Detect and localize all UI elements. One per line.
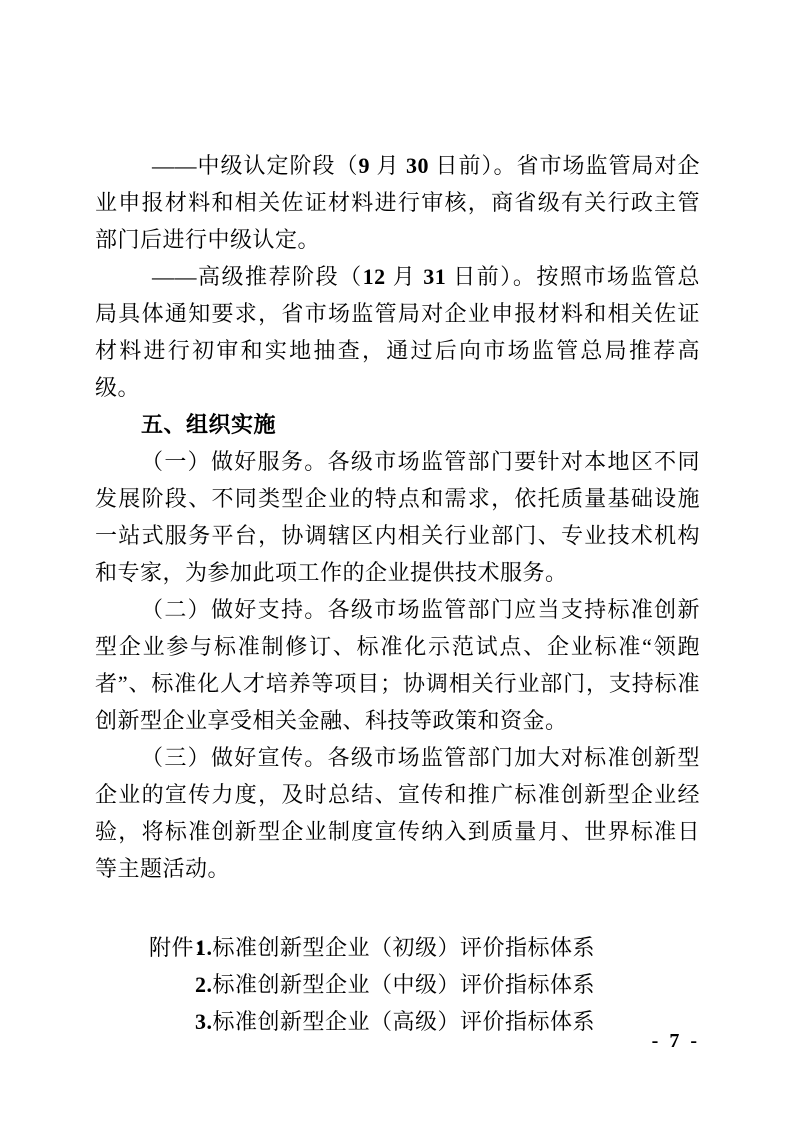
attachment-title: 标准创新型企业（初级）评价指标体系 — [213, 935, 596, 960]
month-number: 12 — [363, 264, 386, 289]
attachment-number: 2. — [195, 972, 213, 997]
item-lead: （二）做好支持。 — [141, 597, 328, 622]
attachment-item: 2.标准创新型企业（中级）评价指标体系 — [95, 966, 700, 1003]
item-lead: （一）做好服务。 — [141, 449, 328, 474]
paragraph-intermediate-stage: ——中级认定阶段（9 月 30 日前）。省市场监管局对企业申报材料和相关佐证材料… — [95, 147, 700, 258]
paragraph-service: （一）做好服务。各级市场监管部门要针对本地区不同发展阶段、不同类型企业的特点和需… — [95, 443, 700, 591]
stage-lead-text: ——高级推荐阶段（ — [152, 264, 363, 289]
document-page: ——中级认定阶段（9 月 30 日前）。省市场监管局对企业申报材料和相关佐证材料… — [0, 0, 794, 1123]
page-number: - 7 - — [95, 1030, 700, 1053]
paragraph-support: （二）做好支持。各级市场监管部门应当支持标准创新型企业参与标准制修订、标准化示范… — [95, 591, 700, 739]
day-number: 31 — [423, 264, 446, 289]
stage-lead-tail: 日前）。 — [446, 264, 536, 289]
document-body: ——中级认定阶段（9 月 30 日前）。省市场监管局对企业申报材料和相关佐证材料… — [95, 147, 700, 1040]
paragraph-advanced-stage: ——高级推荐阶段（12 月 31 日前）。按照市场监管总局具体通知要求，省市场监… — [95, 258, 700, 406]
stage-lead-tail: 日前）。 — [429, 153, 517, 178]
paragraph-publicity: （三）做好宣传。各级市场监管部门加大对标准创新型企业的宣传力度，及时总结、宣传和… — [95, 739, 700, 887]
attachment-item: 附件：1.标准创新型企业（初级）评价指标体系 — [95, 929, 700, 966]
stage-lead-text: ——中级认定阶段（ — [152, 153, 358, 178]
item-lead: （三）做好宣传。 — [141, 745, 328, 770]
month-number: 9 — [358, 153, 370, 178]
month-label: 月 — [370, 153, 406, 178]
month-label: 月 — [386, 264, 424, 289]
attachments-block: 附件：1.标准创新型企业（初级）评价指标体系 2.标准创新型企业（中级）评价指标… — [95, 929, 700, 1040]
attachment-title: 标准创新型企业（中级）评价指标体系 — [213, 972, 596, 997]
section-heading: 五、组织实施 — [95, 406, 700, 443]
attachments-label: 附件： — [149, 929, 217, 966]
day-number: 30 — [406, 153, 429, 178]
